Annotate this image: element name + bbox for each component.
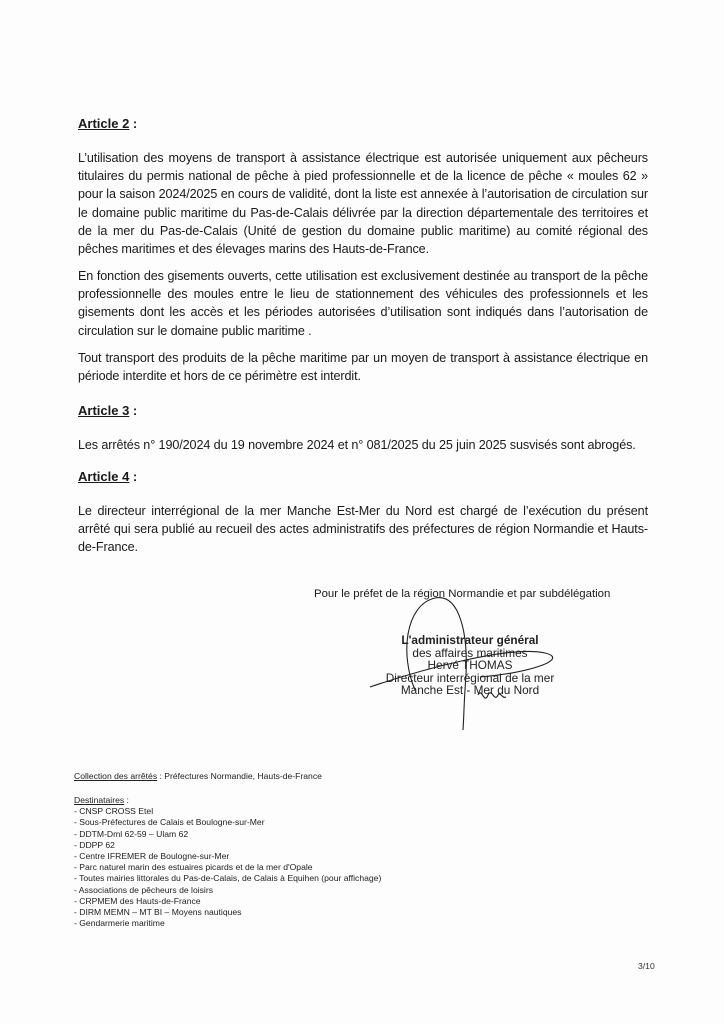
list-item: - Associations de pêcheurs de loisirs [74, 885, 381, 896]
collection-value: : Préfectures Normandie, Hauts-de-France [157, 771, 322, 781]
document-page: Article 2 : L’utilisation des moyens de … [0, 0, 724, 1024]
signature-stamp-line-5: Manche Est - Mer du Nord [380, 684, 560, 697]
article-2-paragraph-1: L’utilisation des moyens de transport à … [78, 149, 648, 258]
article-3-heading: Article 3 : [78, 403, 137, 418]
signature-stamp-line-3: Hervé THOMAS [380, 659, 560, 672]
list-item: - CRPMEM des Hauts-de-France [74, 896, 381, 907]
list-item: - Centre IFREMER de Boulogne-sur-Mer [74, 851, 381, 862]
signature-stamp-line-1: L'administrateur général [380, 634, 560, 647]
article-4-heading: Article 4 : [78, 469, 137, 484]
list-item: - CNSP CROSS Etel [74, 806, 381, 817]
article-4-heading-suffix: : [129, 469, 137, 484]
list-item: - DDTM-Dml 62-59 – Ulam 62 [74, 829, 381, 840]
signature-stamp: L'administrateur général des affaires ma… [380, 634, 560, 697]
collection-line: Collection des arrêtés : Préfectures Nor… [74, 771, 322, 782]
article-4-heading-label: Article 4 [78, 469, 129, 484]
article-2-paragraph-3: Tout transport des produits de la pêche … [78, 349, 648, 385]
article-2-heading-label: Article 2 [78, 116, 129, 131]
destinataires-section: Destinataires : - CNSP CROSS Etel - Sous… [74, 795, 381, 929]
article-2-heading: Article 2 : [78, 116, 137, 131]
destinataires-list: - CNSP CROSS Etel - Sous-Préfectures de … [74, 806, 381, 929]
article-2-heading-suffix: : [129, 116, 137, 131]
article-4-paragraph-1: Le directeur interrégional de la mer Man… [78, 502, 648, 557]
list-item: - Gendarmerie maritime [74, 918, 381, 929]
article-2-paragraph-2: En fonction des gisements ouverts, cette… [78, 267, 648, 340]
destinataires-heading: Destinataires : [74, 795, 381, 806]
list-item: - Sous-Préfectures de Calais et Boulogne… [74, 817, 381, 828]
collection-label: Collection des arrêtés [74, 771, 157, 781]
article-3-paragraph-1: Les arrêtés n° 190/2024 du 19 novembre 2… [78, 436, 648, 454]
destinataires-suffix: : [124, 795, 129, 805]
page-number: 3/10 [638, 961, 655, 971]
list-item: - Toutes mairies littorales du Pas-de-Ca… [74, 873, 381, 884]
destinataires-label: Destinataires [74, 795, 124, 805]
article-3-heading-label: Article 3 [78, 403, 129, 418]
list-item: - DIRM MEMN – MT BI – Moyens nautiques [74, 907, 381, 918]
list-item: - Parc naturel marin des estuaires picar… [74, 862, 381, 873]
signature-intro: Pour le préfet de la région Normandie et… [314, 588, 610, 600]
list-item: - DDPP 62 [74, 840, 381, 851]
article-3-heading-suffix: : [129, 403, 137, 418]
